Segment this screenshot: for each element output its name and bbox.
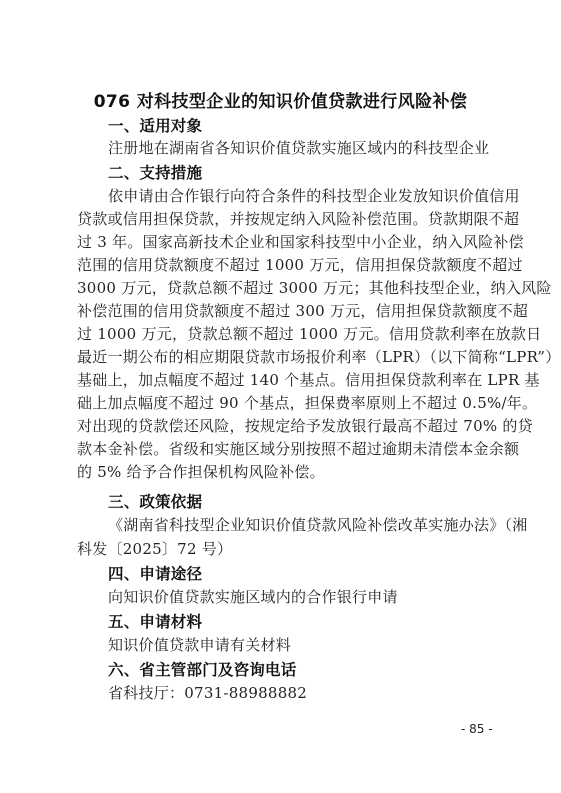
measures-line: 基础上，加点幅度不超过 140 个基点。信用担保贷款利率在 LPR 基	[77, 369, 487, 390]
measures-line: 依申请由合作银行向符合条件的科技型企业发放知识价值信用	[108, 185, 518, 206]
measures-line: 补偿范围的信用贷款额度不超过 300 万元，信用担保贷款额度不超	[77, 300, 487, 321]
measures-line: 对出现的贷款偿还风险，按规定给予发放银行最高不超过 70% 的贷	[77, 415, 487, 436]
section-heading-basis: 三、政策依据	[108, 490, 202, 512]
measures-line: 贷款或信用担保贷款，并按规定纳入风险补偿范围。贷款期限不超	[77, 208, 487, 229]
measures-line: 过 3 年。国家高新技术企业和国家科技型中小企业，纳入风险补偿	[77, 231, 487, 252]
page-number: - 85 -	[461, 722, 493, 736]
section-heading-measures: 二、支持措施	[108, 161, 202, 183]
measures-line: 最近一期公布的相应期限贷款市场报价利率（LPR）（以下简称“LPR”）	[77, 346, 487, 367]
basis-line: 科发〔2025〕72 号）	[77, 538, 487, 559]
scope-text: 注册地在湖南省各知识价值贷款实施区域内的科技型企业	[108, 137, 518, 158]
document-title: 076 对科技型企业的知识价值贷款进行风险补偿	[0, 87, 561, 112]
section-heading-scope: 一、适用对象	[108, 114, 202, 136]
measures-line: 础上加点幅度不超过 90 个基点，担保费率原则上不超过 0.5%/年。	[77, 392, 487, 413]
contact-text: 省科技厅：0731-88988882	[108, 682, 518, 703]
materials-text: 知识价值贷款申请有关材料	[108, 634, 518, 655]
measures-line: 款本金补偿。省级和实施区域分别按照不超过逾期未清偿本金余额	[77, 438, 487, 459]
section-heading-contact: 六、省主管部门及咨询电话	[108, 658, 296, 680]
channel-text: 向知识价值贷款实施区域内的合作银行申请	[108, 586, 518, 607]
basis-line: 《湖南省科技型企业知识价值贷款风险补偿改革实施办法》（湘	[108, 514, 518, 535]
measures-line: 过 1000 万元，贷款总额不超过 1000 万元。信用贷款利率在放款日	[77, 323, 487, 344]
measures-line: 3000 万元，贷款总额不超过 3000 万元；其他科技型企业，纳入风险	[77, 277, 487, 298]
section-heading-materials: 五、申请材料	[108, 610, 202, 632]
section-heading-channel: 四、申请途径	[108, 562, 202, 584]
measures-line: 的 5% 给予合作担保机构风险补偿。	[77, 461, 487, 482]
measures-line: 范围的信用贷款额度不超过 1000 万元，信用担保贷款额度不超过	[77, 254, 487, 275]
document-page: 076 对科技型企业的知识价值贷款进行风险补偿 一、适用对象 注册地在湖南省各知…	[0, 0, 561, 793]
